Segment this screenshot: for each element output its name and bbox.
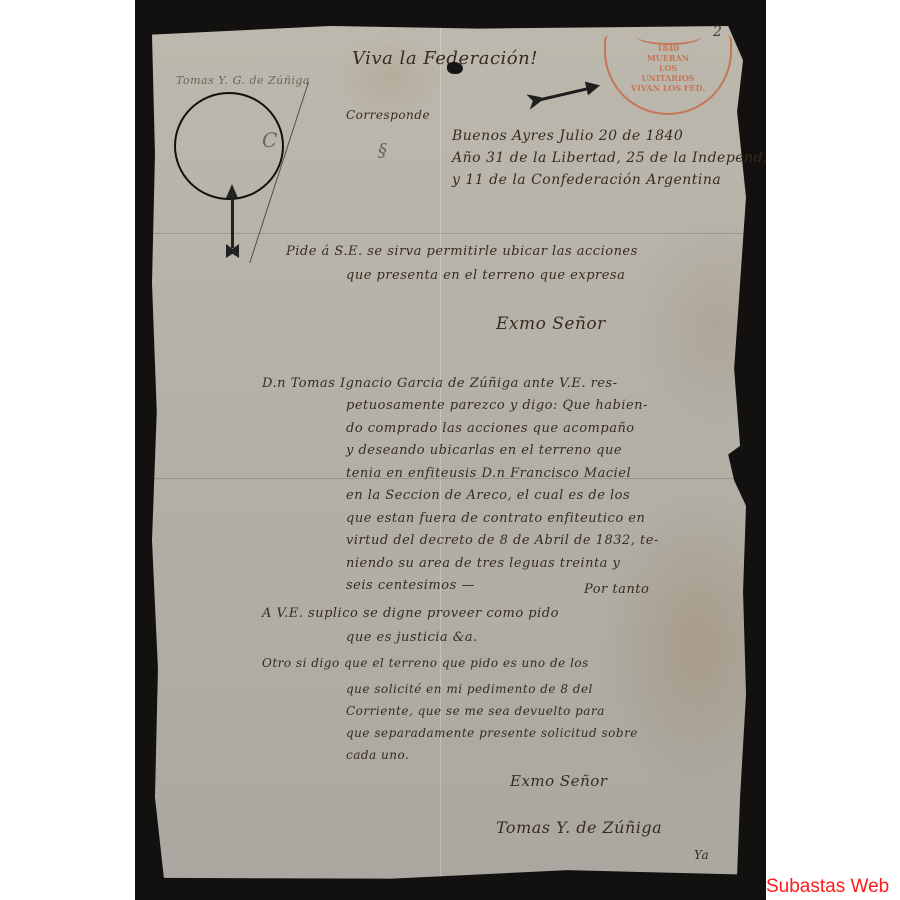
body-line: virtud del decreto de 8 de Abril de 1832… — [346, 533, 659, 548]
stamp-scallop — [636, 27, 702, 45]
margin-name: Tomas Y. G. de Zúñiga — [176, 74, 310, 87]
summary-line: Pide á S.E. se sirva permitirle ubicar l… — [286, 244, 638, 259]
petition-line: que es justicia &a. — [346, 630, 478, 645]
body-line: seis centesimos — — [346, 578, 475, 593]
ink-blot — [447, 62, 463, 74]
body-line: D.n Tomas Ignacio Garcia de Zúñiga ante … — [262, 376, 618, 391]
stamp-line: MUERAN — [606, 53, 730, 63]
petition-line: A V.E. suplico se digne proveer como pid… — [262, 606, 559, 621]
stamp-line: UNITARIOS — [606, 73, 730, 83]
body-line: en la Seccion de Areco, el cual es de lo… — [346, 488, 630, 503]
margin-note: Corresponde — [346, 108, 430, 122]
body-line: petuosamente parezco y digo: Que habien- — [346, 398, 648, 413]
salutation: Exmo Señor — [496, 314, 606, 334]
summary-line: que presenta en el terreno que expresa — [346, 268, 625, 283]
otrosi-line: cada uno. — [346, 748, 409, 762]
arrow-up-shaft — [231, 196, 234, 248]
otrosi-line: que solicité en mi pedimento de 8 del — [346, 682, 593, 696]
stamp-line: LOS — [606, 63, 730, 73]
stamp-line: VIVAN LOS FED. — [606, 83, 730, 93]
place-date-line: Buenos Ayres Julio 20 de 1840 — [452, 128, 683, 144]
rubric: Ya — [694, 848, 709, 862]
body-line: y deseando ubicarlas en el terreno que — [346, 443, 622, 458]
motto: Viva la Federación! — [352, 48, 538, 69]
body-line: que estan fuera de contrato enfiteutico … — [346, 511, 645, 526]
otrosi-line: Corriente, que se me sea devuelto para — [346, 704, 605, 718]
signature: Tomas Y. de Zúñiga — [496, 818, 662, 837]
place-date-line: y 11 de la Confederación Argentina — [452, 172, 721, 188]
watermark-label: Subastas Web — [766, 876, 889, 898]
body-line: Por tanto — [584, 582, 649, 597]
closing: Exmo Señor — [510, 772, 607, 790]
body-line: tenia en enfiteusis D.n Francisco Maciel — [346, 466, 631, 481]
body-line: niendo su area de tres leguas treinta y — [346, 556, 620, 571]
flourish-mark: § — [378, 140, 388, 161]
fold-line — [152, 233, 746, 234]
body-line: do comprado las acciones que acompaño — [346, 421, 635, 436]
otrosi-line: que separadamente presente solicitud sob… — [346, 726, 638, 740]
circled-mark: C — [262, 128, 278, 152]
otrosi-line: Otro si digo que el terreno que pido es … — [262, 656, 589, 670]
place-date-line: Año 31 de la Libertad, 25 de la Independ… — [452, 150, 768, 166]
